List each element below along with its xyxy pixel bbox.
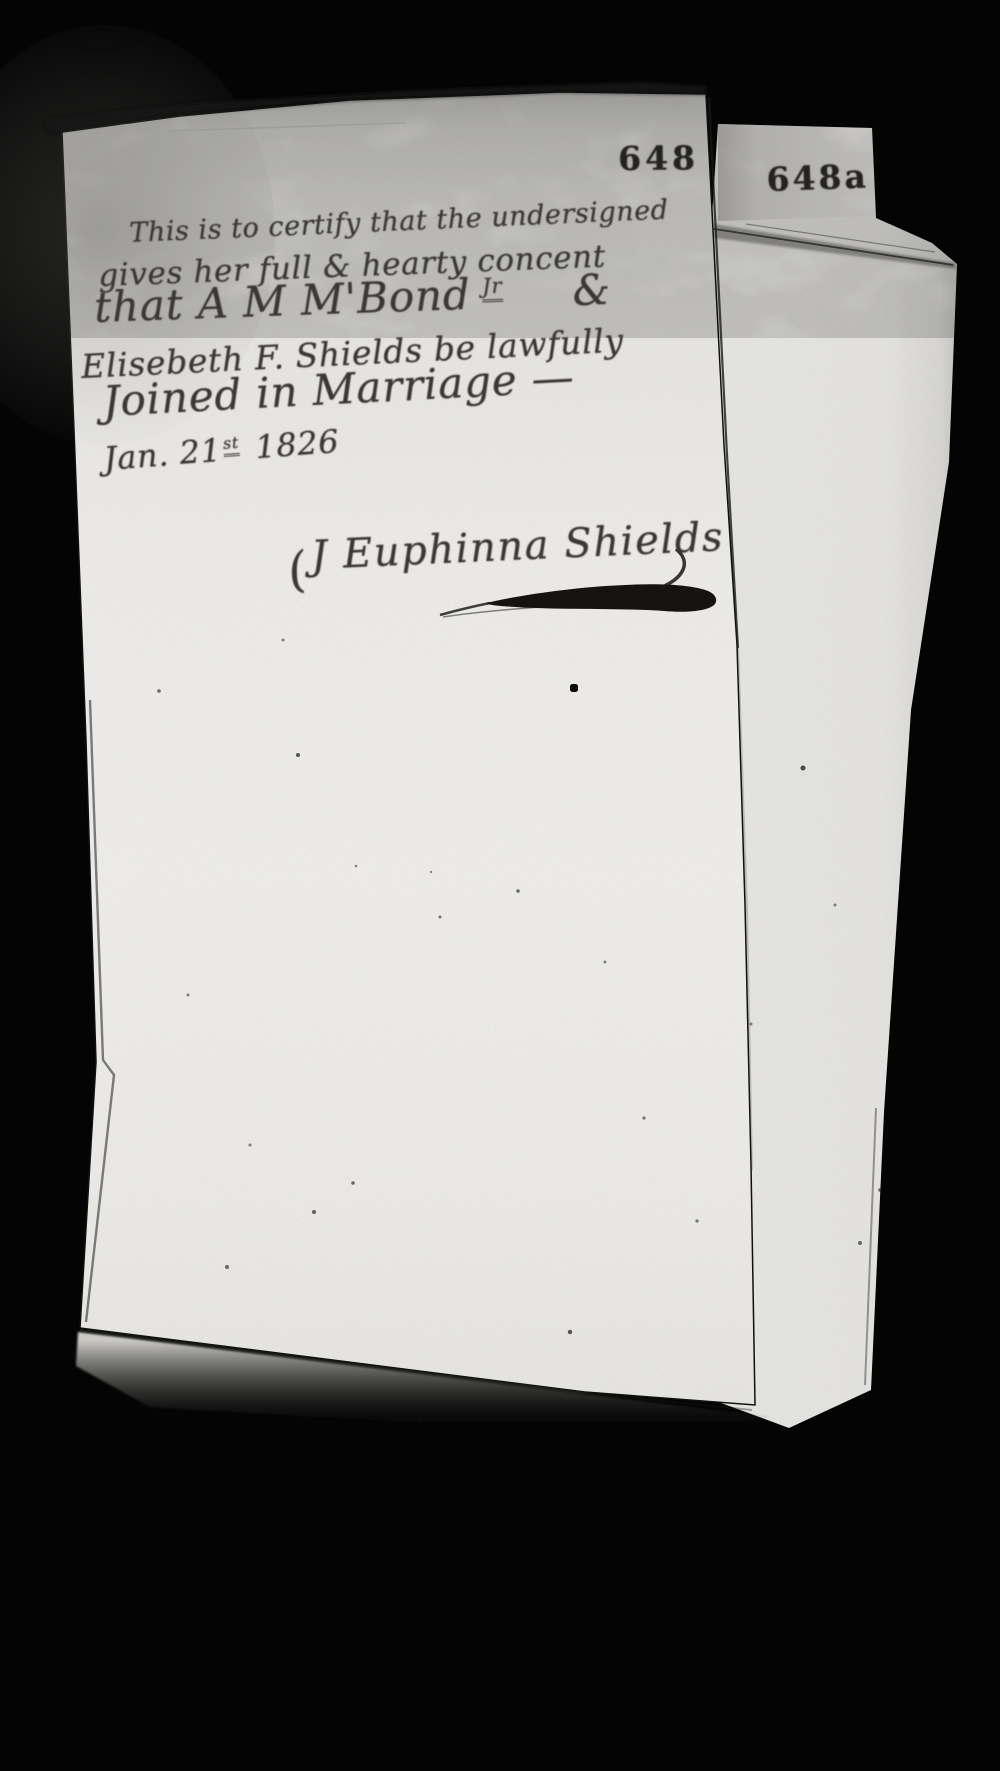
document-scan: 648 648a This is to certify that the und… bbox=[0, 0, 1000, 1771]
date-year: 1826 bbox=[254, 422, 341, 466]
page-number-stamp-main: 648 bbox=[618, 141, 699, 175]
page-number-stamp-attachment: 648a bbox=[766, 159, 869, 196]
date-superscript: st bbox=[222, 433, 240, 457]
ink-dot bbox=[570, 684, 578, 692]
line-3-ampersand: & bbox=[572, 265, 612, 315]
line-3-superscript: Jr bbox=[482, 274, 503, 303]
